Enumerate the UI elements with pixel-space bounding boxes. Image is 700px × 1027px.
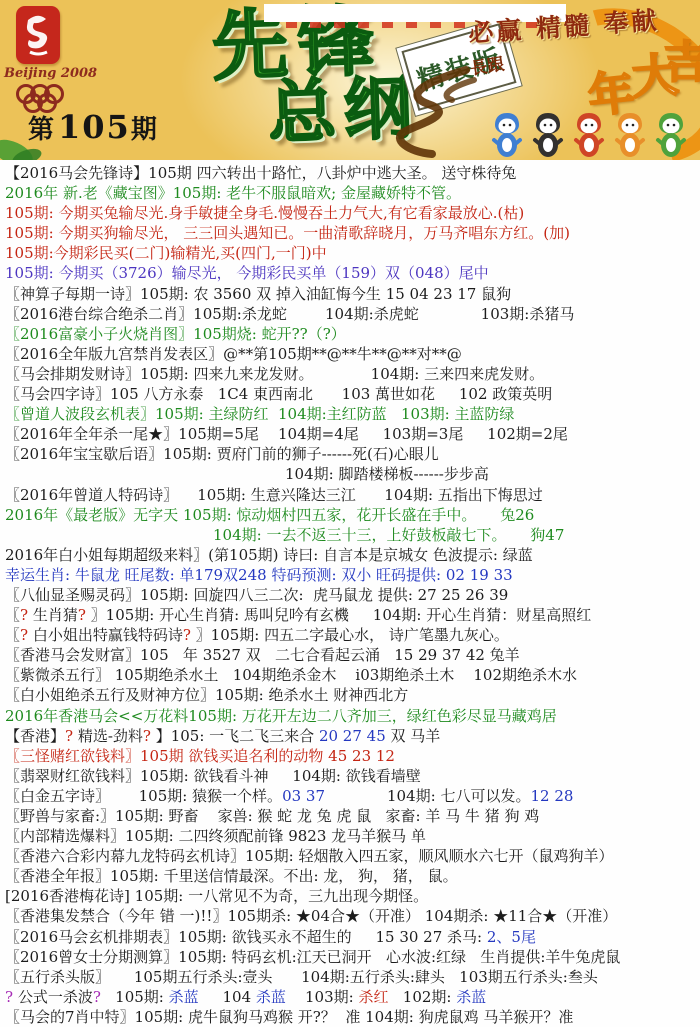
tip-line-12: 〖马会四字诗〗105 八方永泰 1C4 東西南北 103 萬世如花 102 政策…	[5, 384, 700, 404]
tip-segment: 〖马会四字诗〗105 八方永泰 1C4 東西南北 103 萬世如花 102 政策…	[5, 385, 552, 403]
tip-segment: 〗105期: 四五二字最心水， 诗广笔墨九灰心。	[191, 626, 509, 644]
tip-segment: 〖香港六合彩内幕九龙特码玄机诗〗105期: 轻烟散入四五家，顺风顺水六七开（鼠鸡…	[5, 847, 613, 865]
tip-line-35: 〖香港六合彩内幕九龙特码玄机诗〗105期: 轻烟散入四五家，顺风顺水六七开（鼠鸡…	[5, 846, 700, 866]
tip-segment: 105期: 今期买（3726）输尽光， 今期彩民买单（159）双（048）尾中	[5, 264, 489, 282]
tip-line-29: 【香港】? 精选-劲料? 】105: 一飞二飞三来合 20 27 45 双 马羊	[5, 726, 700, 746]
tip-line-19: 104期: 一去不返三十三，上好鼓板敲七下。 狗47	[5, 525, 700, 545]
tip-line-20: 2016年白小姐每期超级来料〗(第105期) 诗曰: 自言本是京城女 色波提示:…	[5, 545, 700, 565]
tip-segment: 杀蓝	[256, 988, 286, 1006]
tip-segment: 〖2016年全年杀一尾★〗105期=5尾 104期=4尾 103期=3尾 102…	[5, 425, 568, 443]
tip-line-21: 幸运生肖: 牛鼠龙 旺尾数: 单179双248 特码预测: 双小 旺码提供: 0…	[5, 565, 700, 585]
tip-segment: 〖马会的7肖中特〗105期: 虎牛鼠狗马鸡猴 开?？ 准 104期: 狗虎鼠鸡 …	[5, 1008, 573, 1026]
tip-segment: 杀蓝	[456, 988, 486, 1006]
tip-segment: 102期:	[388, 988, 456, 1006]
tip-line-43: 〖马会的7肖中特〗105期: 虎牛鼠狗马鸡猴 开?？ 准 104期: 狗虎鼠鸡 …	[5, 1007, 700, 1027]
beijing-2008-seal-icon	[16, 6, 60, 64]
tip-line-5: 105期:今期彩民买(二门)输精光,买(四门,一门)中	[5, 243, 700, 263]
tip-segment: 104	[199, 988, 256, 1006]
tip-segment: 103期:	[286, 988, 359, 1006]
tip-segment: 〖曾道人波段玄机表〗105期: 主绿防红 104期:主红防蓝 103期: 主蓝防…	[5, 405, 514, 423]
tip-segment: 20 27 45	[319, 727, 386, 745]
tip-segment: ?	[143, 727, 151, 745]
tip-segment: 〖2016富豪小子火烧肖图〗105期烧: 蛇开??（?）	[5, 325, 346, 343]
tip-line-16: 104期: 脚踏楼梯板------步步高	[5, 464, 700, 484]
fuwa-mascot-icon	[611, 112, 649, 158]
tip-line-34: 〖内部精选爆料〗105期: 二四终须配前锋 9823 龙马羊猴马 单	[5, 826, 700, 846]
tip-segment: 〖五行杀头版〗 105期五行杀头:壹头 104期:五行杀头:肆头 103期五行杀…	[5, 968, 598, 986]
tip-segment: 2016年 新.老《藏宝图》105期: 老牛不服鼠暗欢; 金屋藏娇特不管。	[5, 184, 461, 202]
tip-segment: ?	[183, 626, 191, 644]
fuwa-mascot-icon	[488, 112, 526, 158]
tip-segment: 2、5尾	[487, 928, 536, 946]
tip-line-27: 〖白小姐绝杀五行及财神方位〗105期: 绝杀水土 财神西北方	[5, 685, 700, 705]
tip-segment: 白小姐出特赢钱特码诗	[28, 626, 183, 644]
tip-segment: 〖	[5, 626, 20, 644]
tip-line-41: 〖五行杀头版〗 105期五行杀头:壹头 104期:五行杀头:肆头 103期五行杀…	[5, 967, 700, 987]
tip-line-11: 〖马会排期发财诗〗105期: 四来九来龙发财。 104期: 三来四来虎发财。	[5, 364, 700, 384]
tagline-text: 長跟	[468, 49, 505, 79]
tip-line-32: 〖白金五字诗〗 105期: 猿猴一个样。03 37 104期: 七八可以发。12…	[5, 786, 700, 806]
tip-line-42: ? 公式一杀波? 105期: 杀蓝 104 杀蓝 103期: 杀红 102期: …	[5, 987, 700, 1007]
issue-suffix: 期	[131, 115, 161, 145]
tip-segment: ?	[78, 606, 86, 624]
tip-segment: 〖2016曾女士分期测算〗105期: 特码玄机:江天已洞开 心水波:红绿 生肖提…	[5, 948, 620, 966]
tip-segment: 105期:今期彩民买(二门)输精光,买(四门,一门)中	[5, 244, 327, 262]
tip-line-31: 〖翡翠财红欲钱料〗105期: 欲钱看斗神 104期: 欲钱看墙壁	[5, 766, 700, 786]
tip-segment: 【2016马会先锋诗】105期 四六转出十路忙，八卦炉中逃大圣。 送守株待兔	[5, 164, 516, 182]
tip-segment: 〖2016年宝宝歇后语〗105期: 贾府门前的狮子------死(石)心眼儿	[5, 445, 439, 463]
issue-number: 第105期	[28, 108, 161, 146]
tip-line-6: 105期: 今期买（3726）输尽光， 今期彩民买单（159）双（048）尾中	[5, 263, 700, 283]
tip-segment: 104期: 一去不返三十三，上好鼓板敲七下。 狗47	[213, 526, 564, 544]
tip-line-26: 〖紫微杀五行〗 105期绝杀水土 104期绝杀金木 i03期绝杀土木 102期绝…	[5, 665, 700, 685]
tip-line-9: 〖2016富豪小子火烧肖图〗105期烧: 蛇开??（?）	[5, 324, 700, 344]
tip-line-38: 〖香港集发禁合（今年 错 一)!!〗105期杀: ★04合★（开准） 104期杀…	[5, 906, 700, 926]
beijing-2008-wordmark: Beijing 2008	[4, 66, 114, 81]
tip-segment: 幸运生肖: 牛鼠龙 旺尾数: 单179双248 特码预测: 双小 旺码提供: 0…	[5, 566, 513, 584]
issue-num: 105	[58, 108, 131, 146]
tip-segment: 〖白小姐绝杀五行及财神方位〗105期: 绝杀水土 财神西北方	[5, 686, 408, 704]
tip-segment: 〖2016马会玄机排期表〗105期: 欲钱买永不超生的 15 30 27 杀马:	[5, 928, 487, 946]
tip-segment: 精选-劲料	[73, 727, 143, 745]
tip-segment: 【香港】	[5, 727, 65, 745]
calligraphy-swoosh-icon	[388, 66, 488, 160]
tip-segment: 03 37	[282, 787, 325, 805]
issue-prefix: 第	[28, 115, 58, 145]
tip-segment: 〖紫微杀五行〗 105期绝杀水土 104期绝杀金木 i03期绝杀土木 102期绝…	[5, 666, 577, 684]
tip-line-7: 〖神算子每期一诗〗105期: 农 3560 双 掉入油缸悔今生 15 04 23…	[5, 284, 700, 304]
tip-segment: 〖八仙显圣赐灵码〗105期: 回旋四八三二次: 虎马鼠龙 提供: 27 25 2…	[5, 586, 508, 604]
fuwa-mascot-icon	[570, 112, 608, 158]
tip-segment: 〖香港集发禁合（今年 错 一)!!〗105期杀: ★04合★（开准） 104期杀…	[5, 907, 617, 925]
tip-segment: 〖翡翠财红欲钱料〗105期: 欲钱看斗神 104期: 欲钱看墙壁	[5, 767, 421, 785]
tip-segment: 2016年香港马会<<万花料105期: 万花开左边二八齐加三，绿红色彩尽显马藏鸡…	[5, 707, 557, 725]
tip-segment: 104期: 七八可以发。	[325, 787, 530, 805]
tip-line-33: 〖野兽与家畜:〗105期: 野畜 家兽: 猴 蛇 龙 兔 虎 鼠 家畜: 羊 马…	[5, 806, 700, 826]
tip-line-37: [2016香港梅花诗] 105期: 一八常见不为奇，三九出现今期怪。	[5, 886, 700, 906]
tips-list: 【2016马会先锋诗】105期 四六转出十路忙，八卦炉中逃大圣。 送守株待兔20…	[0, 160, 700, 1027]
fuwa-mascot-icon	[529, 112, 567, 158]
tip-line-13: 〖曾道人波段玄机表〗105期: 主绿防红 104期:主红防蓝 103期: 主蓝防…	[5, 404, 700, 424]
tip-segment: [2016香港梅花诗] 105期: 一八常见不为奇，三九出现今期怪。	[5, 887, 428, 905]
tip-segment: ?	[65, 727, 73, 745]
tip-segment: 105期: 今期买兔输尽光.身手敏捷全身毛.慢慢吞土力气大,有它看家最放心.(枯…	[5, 204, 524, 222]
tip-line-14: 〖2016年全年杀一尾★〗105期=5尾 104期=4尾 103期=3尾 102…	[5, 424, 700, 444]
tip-segment: 〖香港马会发财富〗105 年 3527 双 二七合看起云涌 15 29 37 4…	[5, 646, 520, 664]
tip-segment: 105期: 今期买狗输尽光， 三三回头遇知已。一曲清歌辞晓月，万马齐唱东方红。(…	[5, 224, 570, 242]
tip-segment: 〖2016港台综合绝杀二肖〗105期:杀龙蛇 104期:杀虎蛇 103期:杀猪马	[5, 305, 574, 323]
tip-segment: 2016年白小姐每期超级来料〗(第105期) 诗曰: 自言本是京城女 色波提示:…	[5, 546, 533, 564]
pioneer-lottery-sheet: Beijing 2008 第105期 先锋 总纲 精装版 必赢 精髓 奉献 長跟…	[0, 0, 700, 1027]
tip-segment: 〖2016全年版九宫禁肖发表区〗@**第105期**@**牛**@**对**@	[5, 345, 462, 363]
tip-line-15: 〖2016年宝宝歇后语〗105期: 贾府门前的狮子------死(石)心眼儿	[5, 444, 700, 464]
tip-segment: 〗105期: 开心生肖猜: 馬叫兒吟有玄機 104期: 开心生肖猜：财星高照红	[86, 606, 591, 624]
tip-line-25: 〖香港马会发财富〗105 年 3527 双 二七合看起云涌 15 29 37 4…	[5, 645, 700, 665]
tip-segment: 〖马会排期发财诗〗105期: 四来九来龙发财。 104期: 三来四来虎发财。	[5, 365, 544, 383]
tip-line-28: 2016年香港马会<<万花料105期: 万花开左边二八齐加三，绿红色彩尽显马藏鸡…	[5, 706, 700, 726]
tip-line-1: 【2016马会先锋诗】105期 四六转出十路忙，八卦炉中逃大圣。 送守株待兔	[5, 163, 700, 183]
tip-segment: 〖	[5, 606, 20, 624]
tip-segment: 〖野兽与家畜:〗105期: 野畜 家兽: 猴 蛇 龙 兔 虎 鼠 家畜: 羊 马…	[5, 807, 539, 825]
tip-segment: 〖三怪赌红欲钱料〗105期 欲钱买追名利的动物 45 23 12	[5, 747, 395, 765]
tip-line-8: 〖2016港台综合绝杀二肖〗105期:杀龙蛇 104期:杀虎蛇 103期:杀猪马	[5, 304, 700, 324]
fuwa-mascots	[488, 112, 696, 158]
tip-segment: 生肖猜	[28, 606, 78, 624]
header-banner: Beijing 2008 第105期 先锋 总纲 精装版 必赢 精髓 奉献 長跟…	[0, 0, 700, 160]
tip-segment: 2016年《最老版》无字天 105期: 惊动烟村四五家，花开长盛在手中。 兔26	[5, 506, 534, 524]
tip-line-4: 105期: 今期买狗输尽光， 三三回头遇知已。一曲清歌辞晓月，万马齐唱东方红。(…	[5, 223, 700, 243]
tip-segment: 104期: 脚踏楼梯板------步步高	[285, 465, 489, 483]
tip-segment: ?	[20, 606, 28, 624]
tip-segment: ?	[20, 626, 28, 644]
tip-segment: 杀红	[358, 988, 388, 1006]
tip-segment: ?	[93, 988, 101, 1006]
tip-line-23: 〖? 生肖猜? 〗105期: 开心生肖猜: 馬叫兒吟有玄機 104期: 开心生肖…	[5, 605, 700, 625]
tip-line-2: 2016年 新.老《藏宝图》105期: 老牛不服鼠暗欢; 金屋藏娇特不管。	[5, 183, 700, 203]
tip-segment: ?	[5, 988, 13, 1006]
tip-line-39: 〖2016马会玄机排期表〗105期: 欲钱买永不超生的 15 30 27 杀马:…	[5, 927, 700, 947]
tip-line-10: 〖2016全年版九宫禁肖发表区〗@**第105期**@**牛**@**对**@	[5, 344, 700, 364]
tip-line-30: 〖三怪赌红欲钱料〗105期 欲钱买追名利的动物 45 23 12	[5, 746, 700, 766]
tip-segment: 双 马羊	[386, 727, 441, 745]
tip-line-24: 〖? 白小姐出特赢钱特码诗? 〗105期: 四五二字最心水， 诗广笔墨九灰心。	[5, 625, 700, 645]
tip-segment: 】105: 一飞二飞三来合	[151, 727, 319, 745]
tip-line-40: 〖2016曾女士分期测算〗105期: 特码玄机:江天已洞开 心水波:红绿 生肖提…	[5, 947, 700, 967]
tip-segment: 〖内部精选爆料〗105期: 二四终须配前锋 9823 龙马羊猴马 单	[5, 827, 426, 845]
tip-line-18: 2016年《最老版》无字天 105期: 惊动烟村四五家，花开长盛在手中。 兔26	[5, 505, 700, 525]
dancing-figure-icon	[20, 10, 56, 60]
tip-segment: 〖2016年曾道人特码诗〗 105期: 生意兴隆达三江 104期: 五指出下悔思…	[5, 486, 543, 504]
tip-segment: 105期:	[101, 988, 169, 1006]
tip-segment: 12 28	[530, 787, 573, 805]
tip-segment: 公式一杀波	[13, 988, 93, 1006]
tip-line-17: 〖2016年曾道人特码诗〗 105期: 生意兴隆达三江 104期: 五指出下悔思…	[5, 485, 700, 505]
tip-segment: 〖香港全年报〗105期: 千里送信情最深。不出: 龙， 狗， 猪， 鼠。	[5, 867, 458, 885]
fuwa-mascot-icon	[652, 112, 690, 158]
tip-line-22: 〖八仙显圣赐灵码〗105期: 回旋四八三二次: 虎马鼠龙 提供: 27 25 2…	[5, 585, 700, 605]
tip-line-3: 105期: 今期买兔输尽光.身手敏捷全身毛.慢慢吞土力气大,有它看家最放心.(枯…	[5, 203, 700, 223]
tip-segment: 杀蓝	[169, 988, 199, 1006]
tip-segment: 〖白金五字诗〗 105期: 猿猴一个样。	[5, 787, 282, 805]
tip-segment: 〖神算子每期一诗〗105期: 农 3560 双 掉入油缸悔今生 15 04 23…	[5, 285, 511, 303]
tip-line-36: 〖香港全年报〗105期: 千里送信情最深。不出: 龙， 狗， 猪， 鼠。	[5, 866, 700, 886]
